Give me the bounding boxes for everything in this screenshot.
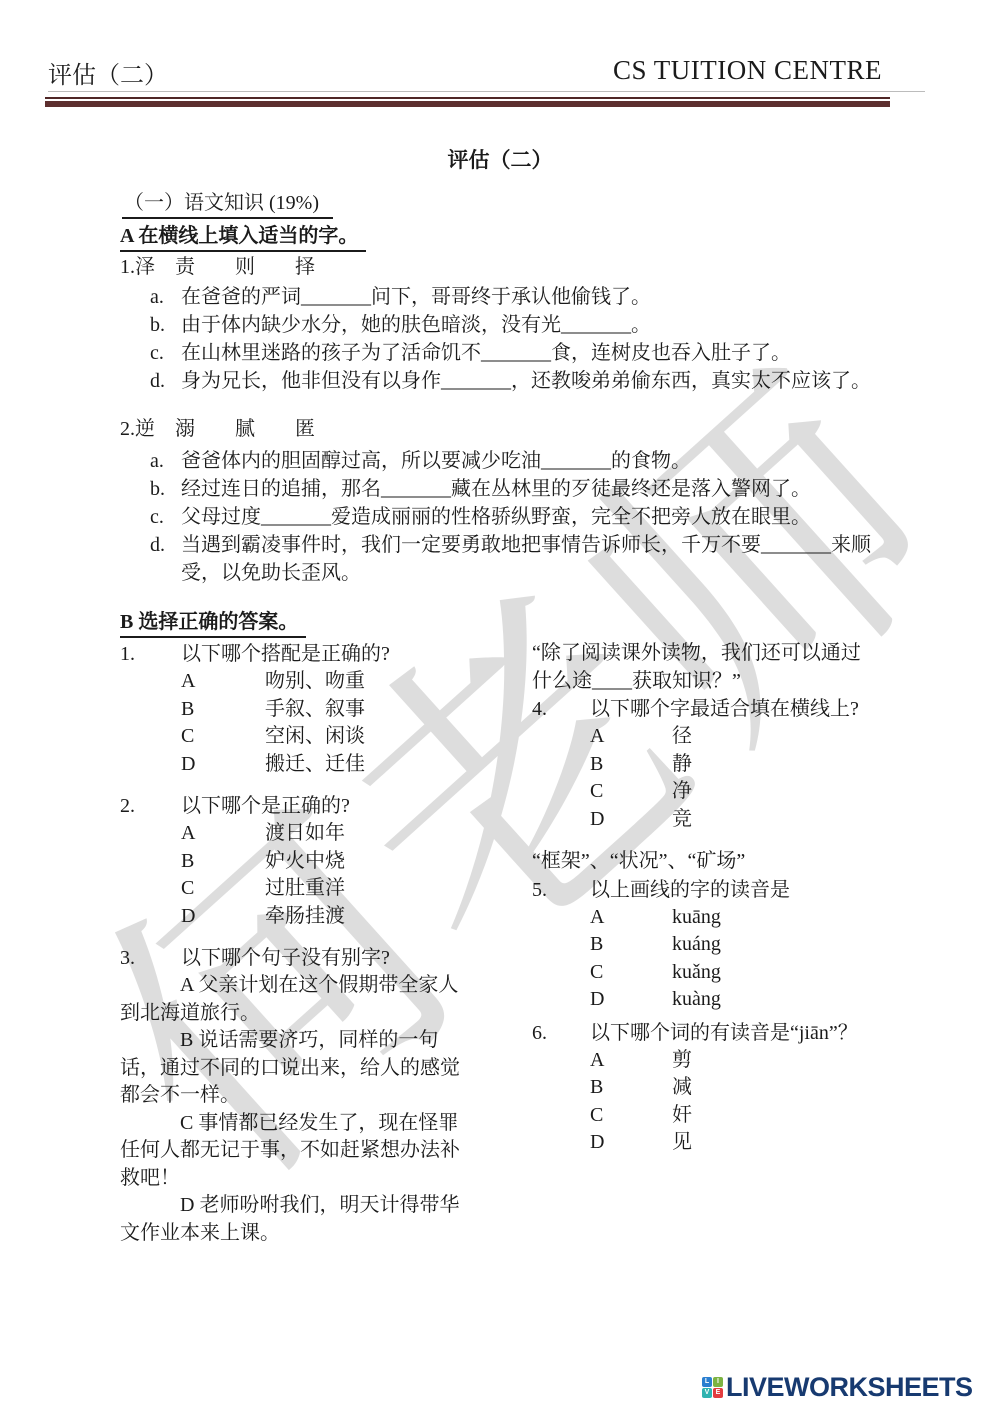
header-rule-bar bbox=[45, 101, 890, 107]
mcq-option[interactable]: D 搬迁、迁佳 bbox=[120, 751, 532, 779]
mcq-option[interactable]: B 减 bbox=[532, 1074, 984, 1102]
option-text-line: 到北海道旅行。 bbox=[120, 1000, 532, 1028]
part-a-q1-items: a. 在爸爸的严词_______问下，哥哥终于承认他偷钱了。 b. 由于体内缺少… bbox=[120, 283, 901, 395]
question-number: 1. bbox=[120, 640, 181, 668]
mcq-question-4: 4. 以下哪个字最适合填在横线上? A 径 B 静 C 净 D 竞 bbox=[532, 695, 984, 833]
liveworksheets-wordmark: LIVEWORKSHEETS bbox=[726, 1372, 973, 1403]
option-text: 手叙、叙事 bbox=[265, 696, 365, 724]
logo-square-i: I bbox=[713, 1377, 723, 1387]
mcq-option[interactable]: B 妒火中烧 bbox=[120, 848, 532, 876]
item-label: b. bbox=[150, 475, 181, 503]
option-letter: A bbox=[120, 820, 265, 848]
option-letter: A bbox=[532, 904, 672, 932]
fill-item: a. 爸爸体内的胆固醇过高，所以要减少吃油_______的食物。 bbox=[120, 447, 901, 475]
mcq-option[interactable]: A 吻别、吻重 bbox=[120, 668, 532, 696]
part-a-heading: A 在横线上填入适当的字。 bbox=[120, 219, 366, 252]
option-text-line: 救吧！ bbox=[120, 1165, 532, 1193]
option-text-pinyin: kuǎng bbox=[672, 959, 721, 987]
option-text: 妒火中烧 bbox=[265, 848, 345, 876]
question-stem: 以下哪个句子没有别字? bbox=[181, 944, 390, 972]
mcq-option[interactable]: B 静 bbox=[532, 751, 984, 779]
option-letter: D bbox=[120, 751, 265, 779]
question-stem: 以下哪个字最适合填在横线上? bbox=[590, 695, 859, 723]
option-text-line: 都会不一样。 bbox=[120, 1082, 532, 1110]
option-letter: C bbox=[120, 723, 265, 751]
mcq-option[interactable]: B kuáng bbox=[532, 931, 984, 959]
fill-item: c. 父母过度_______爱造成丽丽的性格骄纵野蛮，完全不把旁人放在眼里。 bbox=[120, 503, 901, 531]
item-label: c. bbox=[150, 339, 181, 367]
option-letter: D bbox=[532, 1129, 672, 1157]
option-letter: C bbox=[532, 778, 672, 806]
fill-item: d. 当遇到霸凌事件时，我们一定要勇敢地把事情告诉师长，千万不要_______来… bbox=[120, 531, 901, 587]
mcq-option[interactable]: C 奸 bbox=[532, 1102, 984, 1130]
question-stem-row: 4. 以下哪个字最适合填在横线上? bbox=[532, 695, 984, 723]
option-text-pinyin: kuàng bbox=[672, 986, 721, 1014]
option-letter: D bbox=[120, 903, 265, 931]
question-number: 3. bbox=[120, 944, 181, 972]
fill-blank-sentence: 由于体内缺少水分，她的肤色暗淡，没有光_______。 bbox=[181, 311, 901, 339]
question-stem-row: 5. 以上画线的字的读音是 bbox=[532, 876, 984, 904]
question-stem-row: 1. 以下哪个搭配是正确的? bbox=[120, 640, 532, 668]
mcq-option[interactable]: A 径 bbox=[532, 723, 984, 751]
option-text-pinyin: kuáng bbox=[672, 931, 721, 959]
liveworksheets-logo-icon: L I V E bbox=[702, 1377, 723, 1398]
item-label: d. bbox=[150, 367, 181, 395]
option-letter: A bbox=[120, 668, 265, 696]
option-letter: D bbox=[532, 986, 672, 1014]
question-number: 4. bbox=[532, 695, 590, 723]
option-text: 静 bbox=[672, 751, 692, 779]
mcq-option[interactable]: D kuàng bbox=[532, 986, 984, 1014]
mcq-option[interactable]: A 剪 bbox=[532, 1047, 984, 1075]
option-text-pinyin: kuāng bbox=[672, 904, 721, 932]
fill-blank-sentence: 父母过度_______爱造成丽丽的性格骄纵野蛮，完全不把旁人放在眼里。 bbox=[181, 503, 901, 531]
question-5-preamble: “框架”、“状况”、“矿场” bbox=[532, 848, 984, 876]
fill-blank-sentence: 爸爸体内的胆固醇过高，所以要减少吃油_______的食物。 bbox=[181, 447, 901, 475]
question-stem-row: 6. 以下哪个词的有读音是“jiān”？ bbox=[532, 1019, 984, 1047]
mcq-option[interactable]: C 空闲、闲谈 bbox=[120, 723, 532, 751]
question-stem: 以上画线的字的读音是 bbox=[590, 876, 790, 904]
option-text: 减 bbox=[672, 1074, 692, 1102]
mcq-option[interactable]: B 说话需要济巧，同样的一句 话，通过不同的口说出来，给人的感觉 都会不一样。 bbox=[120, 1027, 532, 1110]
part-a-q2-items: a. 爸爸体内的胆固醇过高，所以要减少吃油_______的食物。 b. 经过连日… bbox=[120, 447, 901, 587]
question-stem: 以下哪个搭配是正确的? bbox=[181, 640, 390, 668]
option-text: 牵肠挂渡 bbox=[265, 903, 345, 931]
logo-square-e: E bbox=[713, 1388, 723, 1398]
fill-item: b. 由于体内缺少水分，她的肤色暗淡，没有光_______。 bbox=[120, 311, 901, 339]
question-number: 6. bbox=[532, 1019, 590, 1047]
question-4-preamble: “除了阅读课外读物，我们还可以通过 什么途____获取知识？” bbox=[532, 640, 984, 695]
page-title: 评估（二） bbox=[0, 144, 1000, 174]
part-b-right-column: “除了阅读课外读物，我们还可以通过 什么途____获取知识？” 4. 以下哪个字… bbox=[532, 640, 984, 1157]
logo-square-v: V bbox=[702, 1388, 712, 1398]
logo-square-l: L bbox=[702, 1377, 712, 1387]
option-text-line: D 老师吩咐我们，明天计得带华 bbox=[120, 1192, 532, 1220]
option-text: 见 bbox=[672, 1129, 692, 1157]
mcq-option[interactable]: D 竞 bbox=[532, 806, 984, 834]
mcq-option[interactable]: A 渡日如年 bbox=[120, 820, 532, 848]
fill-blank-sentence: 经过连日的追捕，那名_______藏在丛林里的歹徒最终还是落入警网了。 bbox=[181, 475, 901, 503]
option-text: 径 bbox=[672, 723, 692, 751]
option-letter: A bbox=[532, 723, 672, 751]
option-text: 搬迁、迁佳 bbox=[265, 751, 365, 779]
mcq-option[interactable]: C 净 bbox=[532, 778, 984, 806]
mcq-question-5: 5. 以上画线的字的读音是 A kuāng B kuáng C kuǎng D … bbox=[532, 876, 984, 1014]
option-letter: B bbox=[532, 1074, 672, 1102]
option-letter: B bbox=[532, 931, 672, 959]
question-stem-row: 2. 以下哪个是正确的? bbox=[120, 792, 532, 820]
part-b-heading: B 选择正确的答案。 bbox=[120, 605, 306, 638]
section-1-heading: （一）语文知识 (19%) bbox=[122, 186, 333, 219]
question-number: 2. bbox=[120, 792, 181, 820]
option-text-line: 话，通过不同的口说出来，给人的感觉 bbox=[120, 1055, 532, 1083]
header-brand: CS TUITION CENTRE bbox=[613, 55, 882, 86]
mcq-question-3: 3. 以下哪个句子没有别字? A 父亲计划在这个假期带全家人 到北海道旅行。 B… bbox=[120, 944, 532, 1247]
question-stem: 以下哪个是正确的? bbox=[181, 792, 350, 820]
mcq-question-2: 2. 以下哪个是正确的? A 渡日如年 B 妒火中烧 C 过肚重洋 D 牵肠挂渡 bbox=[120, 792, 532, 930]
option-letter: D bbox=[532, 806, 672, 834]
mcq-option[interactable]: A 父亲计划在这个假期带全家人 到北海道旅行。 bbox=[120, 972, 532, 1027]
fill-item: c. 在山林里迷路的孩子为了活命饥不_______食，连树皮也吞入肚子了。 bbox=[120, 339, 901, 367]
item-label: b. bbox=[150, 311, 181, 339]
option-letter: A bbox=[532, 1047, 672, 1075]
part-b-left-column: 1. 以下哪个搭配是正确的? A 吻别、吻重 B 手叙、叙事 C 空闲、闲谈 D… bbox=[120, 640, 532, 1247]
option-text-line: A 父亲计划在这个假期带全家人 bbox=[120, 972, 532, 1000]
fill-blank-sentence: 在爸爸的严词_______问下，哥哥终于承认他偷钱了。 bbox=[181, 283, 901, 311]
question-number: 5. bbox=[532, 876, 590, 904]
option-text: 奸 bbox=[672, 1102, 692, 1130]
mcq-option[interactable]: B 手叙、叙事 bbox=[120, 696, 532, 724]
fill-item: d. 身为兄长，他非但没有以身作_______，还教唆弟弟偷东西，真实太不应该了… bbox=[120, 367, 901, 395]
option-text-line: B 说话需要济巧，同样的一句 bbox=[120, 1027, 532, 1055]
option-text-line: 文作业本来上课。 bbox=[120, 1220, 532, 1248]
option-text: 竞 bbox=[672, 806, 692, 834]
fill-item: b. 经过连日的追捕，那名_______藏在丛林里的歹徒最终还是落入警网了。 bbox=[120, 475, 901, 503]
header-rule bbox=[45, 97, 890, 107]
mcq-option[interactable]: C kuǎng bbox=[532, 959, 984, 987]
mcq-option[interactable]: D 牵肠挂渡 bbox=[120, 903, 532, 931]
option-text: 净 bbox=[672, 778, 692, 806]
option-letter: C bbox=[532, 959, 672, 987]
mcq-option[interactable]: D 老师吩咐我们，明天计得带华 文作业本来上课。 bbox=[120, 1192, 532, 1247]
header-doc-label: 评估（二） bbox=[48, 55, 168, 90]
option-letter: B bbox=[120, 848, 265, 876]
question-stem-row: 3. 以下哪个句子没有别字? bbox=[120, 944, 532, 972]
option-letter: B bbox=[532, 751, 672, 779]
option-text-line: 任何人都无记于事，不如赶紧想办法补 bbox=[120, 1137, 532, 1165]
preamble-line: “除了阅读课外读物，我们还可以通过 bbox=[532, 640, 984, 668]
option-text: 吻别、吻重 bbox=[265, 668, 365, 696]
part-a-q2-characters: 2.逆 溺 腻 匿 bbox=[120, 412, 315, 441]
fill-blank-sentence: 身为兄长，他非但没有以身作_______，还教唆弟弟偷东西，真实太不应该了。 bbox=[181, 367, 901, 395]
fill-blank-sentence: 当遇到霸凌事件时，我们一定要勇敢地把事情告诉师长，千万不要_______来顺受，… bbox=[181, 531, 881, 587]
option-text-line: C 事情都已经发生了，现在怪罪 bbox=[120, 1110, 532, 1138]
item-label: c. bbox=[150, 503, 181, 531]
mcq-option[interactable]: C 事情都已经发生了，现在怪罪 任何人都无记于事，不如赶紧想办法补 救吧！ bbox=[120, 1110, 532, 1193]
option-text: 剪 bbox=[672, 1047, 692, 1075]
mcq-option[interactable]: C 过肚重洋 bbox=[120, 875, 532, 903]
fill-blank-sentence: 在山林里迷路的孩子为了活命饥不_______食，连树皮也吞入肚子了。 bbox=[181, 339, 901, 367]
item-label: a. bbox=[150, 447, 181, 475]
mcq-option[interactable]: A kuāng bbox=[532, 904, 984, 932]
preamble-line: “框架”、“状况”、“矿场” bbox=[532, 848, 984, 876]
question-stem: 以下哪个词的有读音是“jiān”？ bbox=[590, 1019, 858, 1047]
item-label: d. bbox=[150, 531, 181, 587]
option-letter: B bbox=[120, 696, 265, 724]
mcq-option[interactable]: D 见 bbox=[532, 1129, 984, 1157]
option-text: 空闲、闲谈 bbox=[265, 723, 365, 751]
header-hairline bbox=[48, 91, 925, 92]
liveworksheets-logo[interactable]: L I V E LIVEWORKSHEETS bbox=[702, 1372, 973, 1403]
item-label: a. bbox=[150, 283, 181, 311]
option-text: 渡日如年 bbox=[265, 820, 345, 848]
option-letter: C bbox=[532, 1102, 672, 1130]
option-letter: C bbox=[120, 875, 265, 903]
part-a-q1-characters: 1.泽 责 则 择 bbox=[120, 250, 315, 279]
fill-item: a. 在爸爸的严词_______问下，哥哥终于承认他偷钱了。 bbox=[120, 283, 901, 311]
option-text: 过肚重洋 bbox=[265, 875, 345, 903]
mcq-question-6: 6. 以下哪个词的有读音是“jiān”？ A 剪 B 减 C 奸 D 见 bbox=[532, 1019, 984, 1157]
mcq-question-1: 1. 以下哪个搭配是正确的? A 吻别、吻重 B 手叙、叙事 C 空闲、闲谈 D… bbox=[120, 640, 532, 778]
preamble-line: 什么途____获取知识？” bbox=[532, 668, 984, 696]
worksheet-page: 评估（二） CS TUITION CENTRE 评估（二） （一）语文知识 (1… bbox=[0, 0, 1000, 1413]
